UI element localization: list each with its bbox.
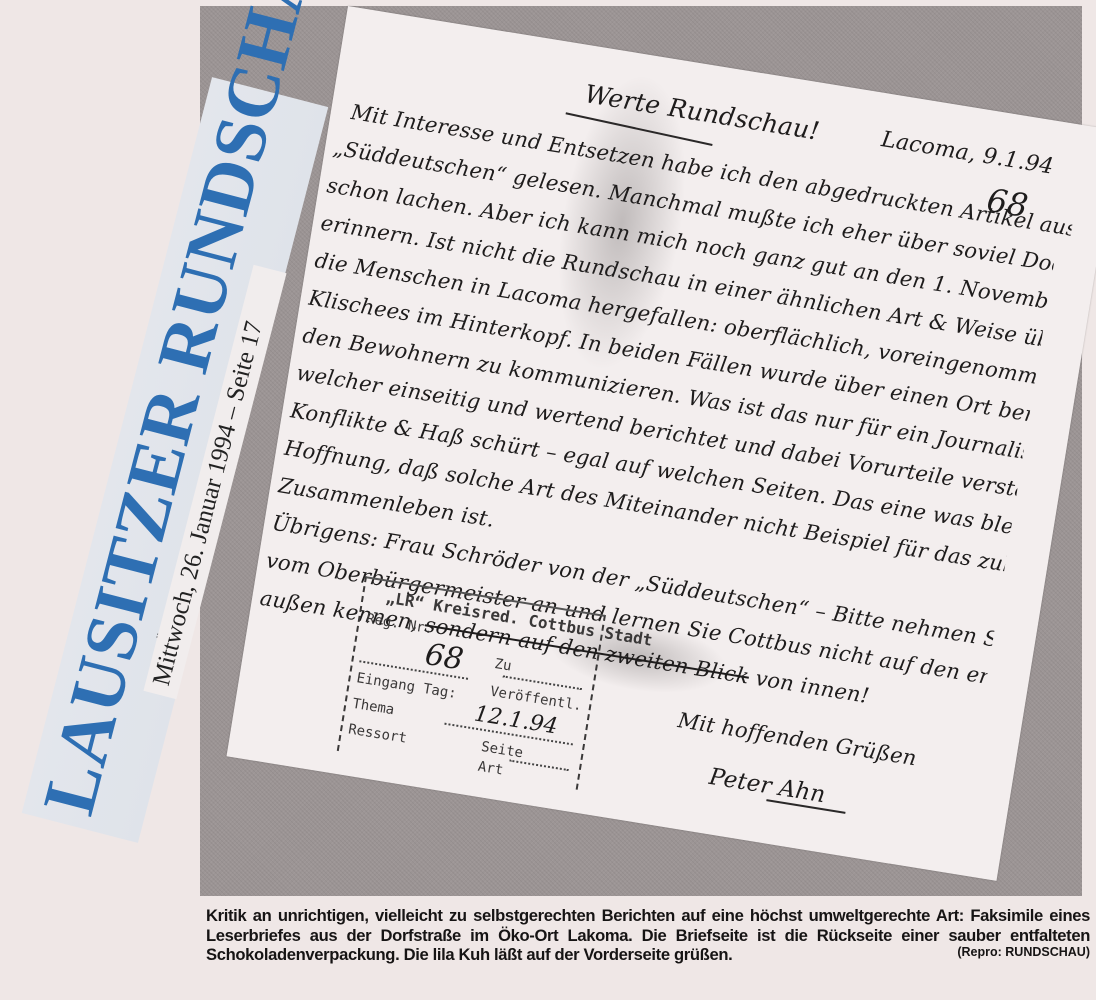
photo-caption: Kritik an unrichtigen, vielleicht zu sel… (206, 906, 1090, 965)
registration-stamp: „LR“ Kreisred. Cottbus Stadt Reg. Nr. 68… (337, 576, 606, 790)
stamp-seite-label: Seite (480, 739, 524, 762)
stamp-dotted-line (509, 760, 569, 772)
stamp-thema-label: Thema (351, 696, 395, 719)
letter-signature: Peter Ahn (707, 764, 827, 808)
stamp-ressort-label: Ressort (347, 721, 408, 746)
letter-place-date: Lacoma, 9.1.94 (880, 127, 1056, 180)
stamp-art-label: Art (477, 759, 505, 779)
stamp-zu-label: Zu (493, 656, 512, 674)
caption-credit: (Repro: RUNDSCHAU) (957, 943, 1090, 963)
stamp-reg-label: Reg. Nr. (365, 611, 434, 638)
letter-closing: Mit hoffenden Grüßen (676, 708, 918, 770)
letter-sheet: Werte Rundschau! Lacoma, 9.1.94 68 Mit I… (226, 6, 1096, 881)
